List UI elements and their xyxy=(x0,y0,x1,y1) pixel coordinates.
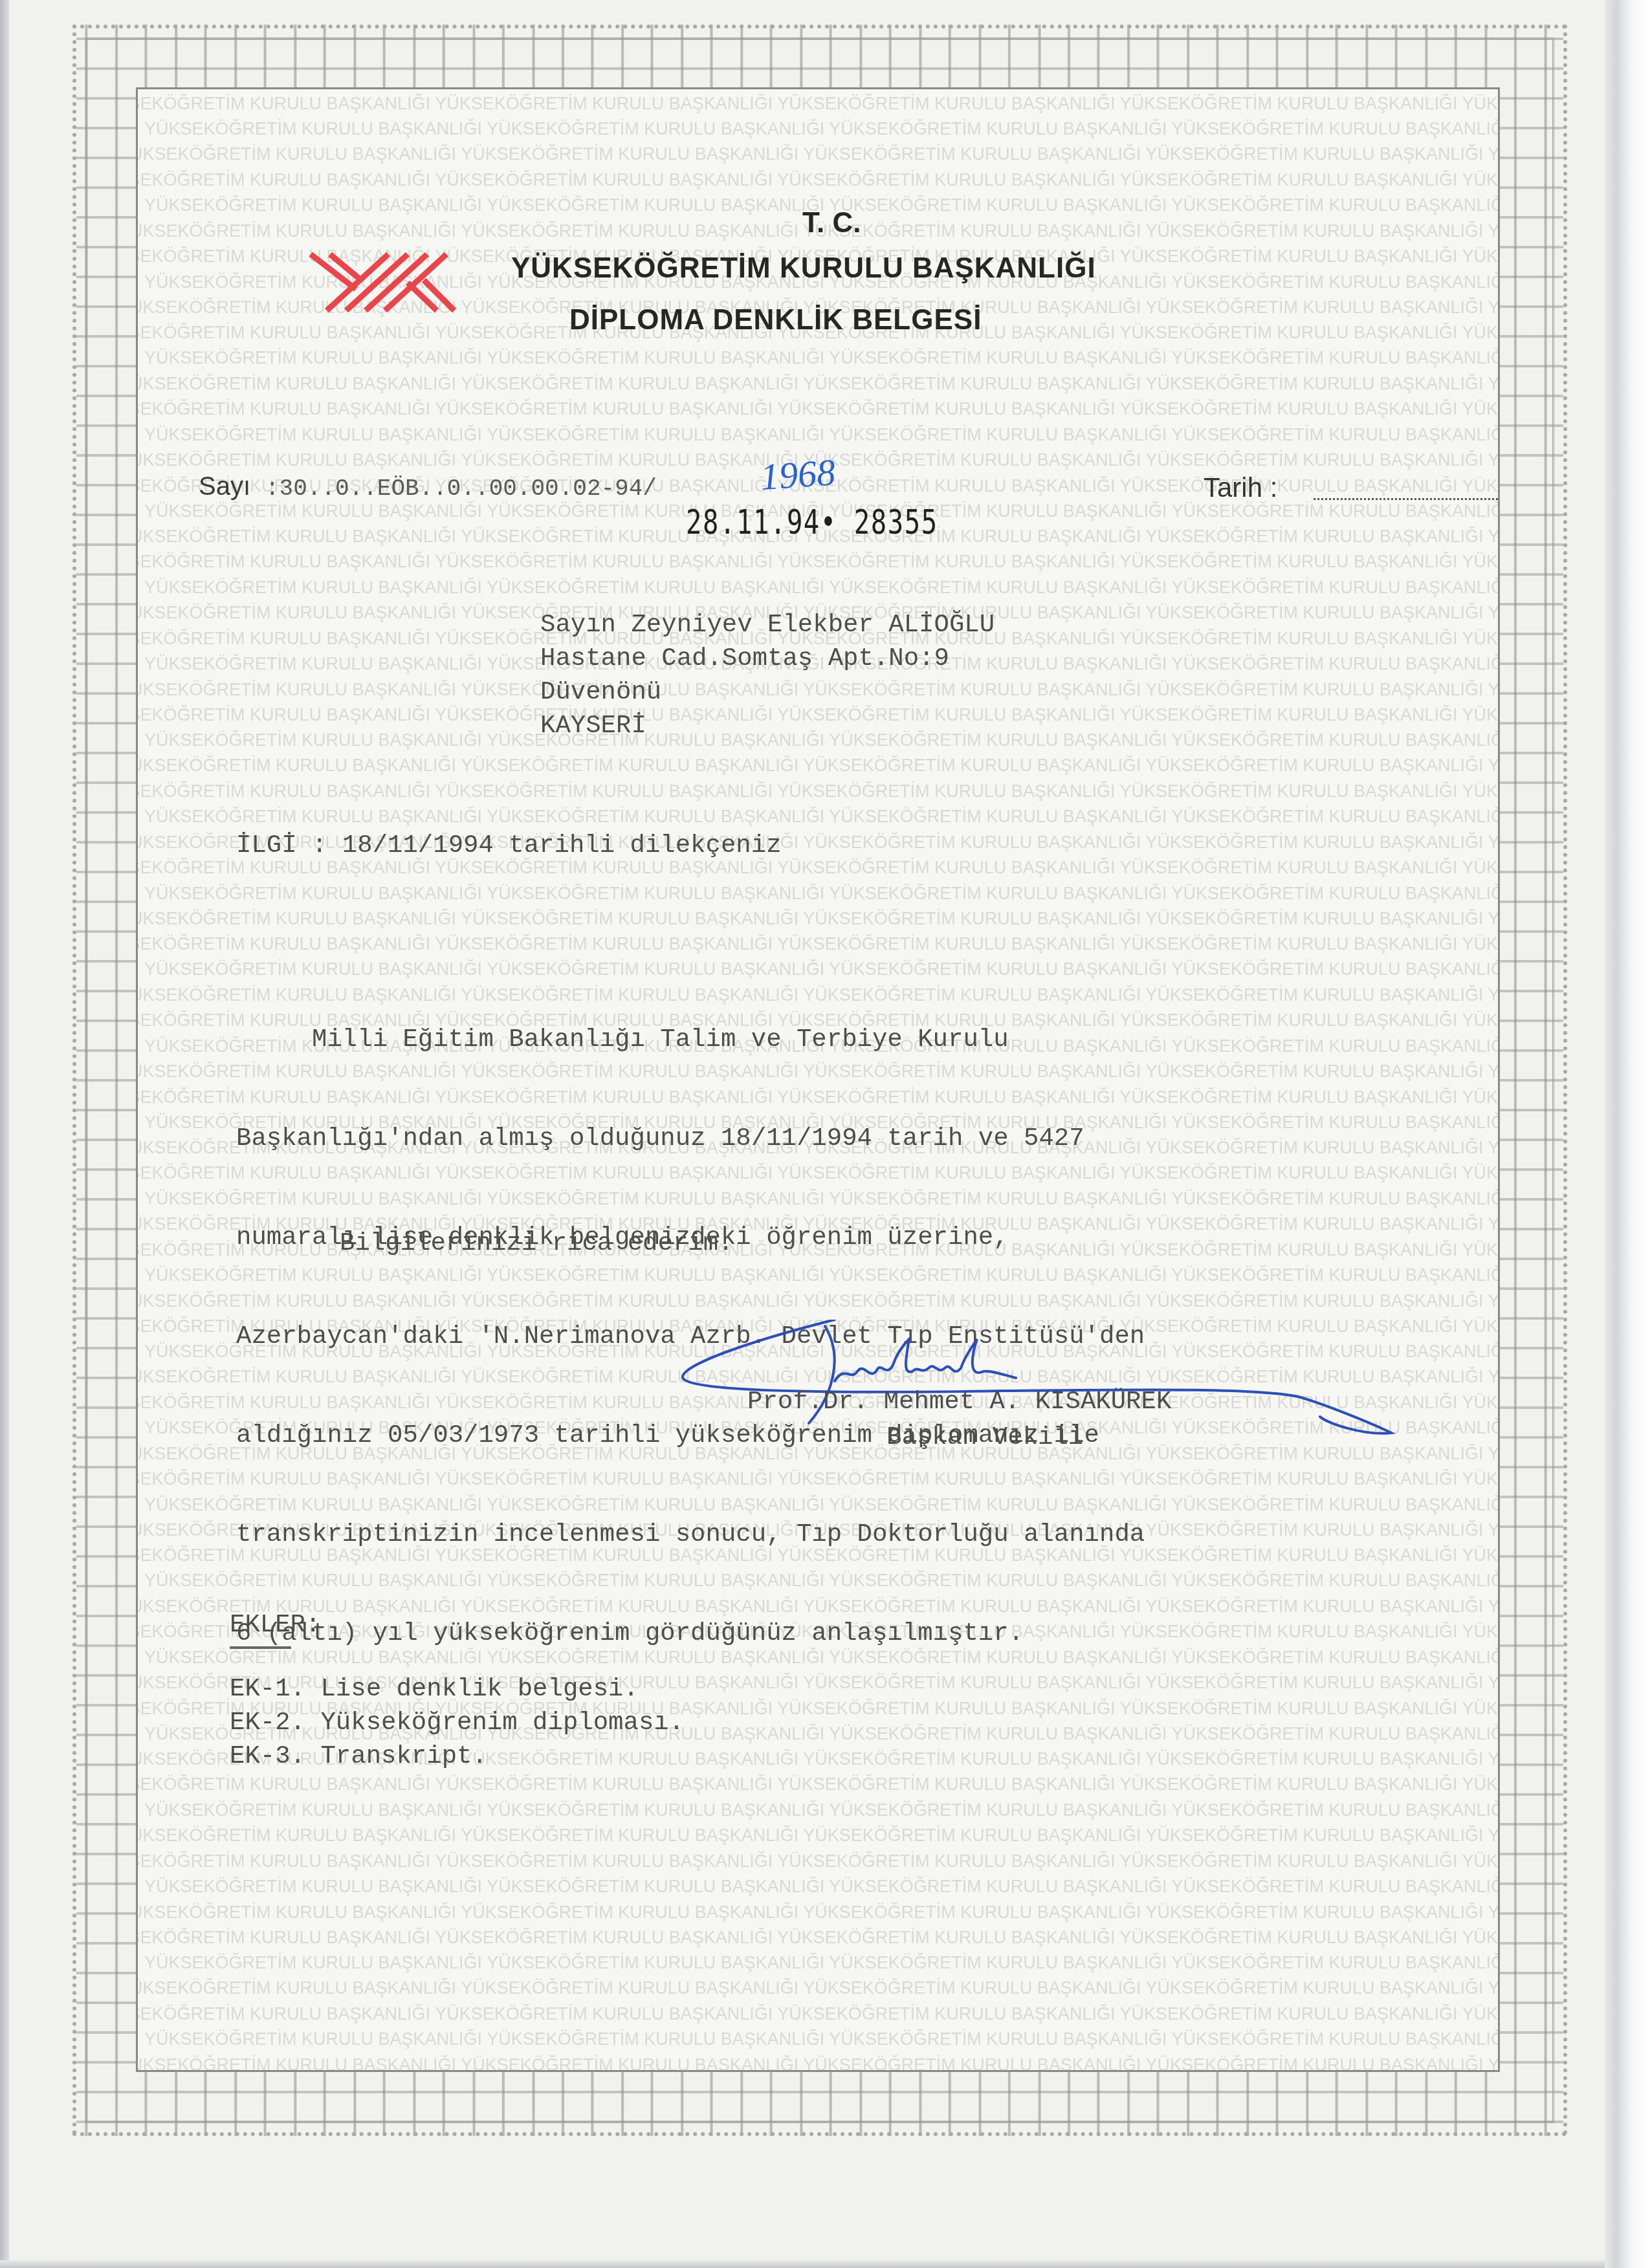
reference-number: :30..0..EÖB..0..00.00.02-94/ xyxy=(265,475,657,502)
reference-subject: İLGİ : 18/11/1994 tarihli dilekçeniz xyxy=(236,831,782,860)
recipient-address: Sayın Zeyniyev Elekber ALİOĞLU Hastane C… xyxy=(540,608,995,743)
divider xyxy=(230,1646,291,1649)
body-line: 6 (altı) yıl yükseköğrenim gördüğünüz an… xyxy=(236,1617,1145,1650)
recipient-district: Düvenönü xyxy=(540,675,995,709)
attachments-list: EK-1. Lise denklik belgesi. EK-2. Yüksek… xyxy=(230,1672,684,1773)
body-line: Milli Eğitim Bakanlığı Talim ve Terbiye … xyxy=(236,1023,1145,1056)
handwritten-number: 1968 xyxy=(759,450,837,499)
date-label: Tarih : xyxy=(1204,472,1277,503)
recipient-city: KAYSERİ xyxy=(540,709,995,743)
signatory-name: Prof.Dr. Mehmet A. KISAKÜREK xyxy=(747,1388,1171,1416)
paper-edge xyxy=(0,0,9,2268)
body-line: transkriptinizin incelenmesi sonucu, Tıp… xyxy=(236,1518,1145,1551)
date-field-line xyxy=(1314,498,1498,500)
registry-stamp: 28.11.94• 28355 xyxy=(686,503,938,542)
country-heading: T. C. xyxy=(802,207,861,239)
sayi-label: Sayı xyxy=(199,472,250,501)
body-line: Başkanlığı'ndan almış olduğunuz 18/11/19… xyxy=(236,1122,1145,1155)
yok-logo-icon xyxy=(304,249,459,314)
signatory-title: Başkan Vekili xyxy=(886,1423,1083,1452)
paper-edge xyxy=(1605,0,1650,2268)
page-title: DİPLOMA DENKLİK BELGESİ xyxy=(569,304,982,336)
recipient-street: Hastane Cad.Somtaş Apt.No:9 xyxy=(540,642,995,675)
attachments-title: EKLER: xyxy=(230,1611,320,1639)
closing-line: Bilgilerinizi rica ederim. xyxy=(340,1229,734,1258)
attachment-item: EK-3. Transkript. xyxy=(230,1739,684,1773)
paper-edge xyxy=(0,2260,1605,2268)
recipient-name: Sayın Zeyniyev Elekber ALİOĞLU xyxy=(540,608,995,642)
organization-name: YÜKSEKÖĞRETİM KURULU BAŞKANLIĞI xyxy=(511,252,1096,285)
attachment-item: EK-1. Lise denklik belgesi. xyxy=(230,1672,684,1706)
attachment-item: EK-2. Yükseköğrenim diploması. xyxy=(230,1706,684,1739)
